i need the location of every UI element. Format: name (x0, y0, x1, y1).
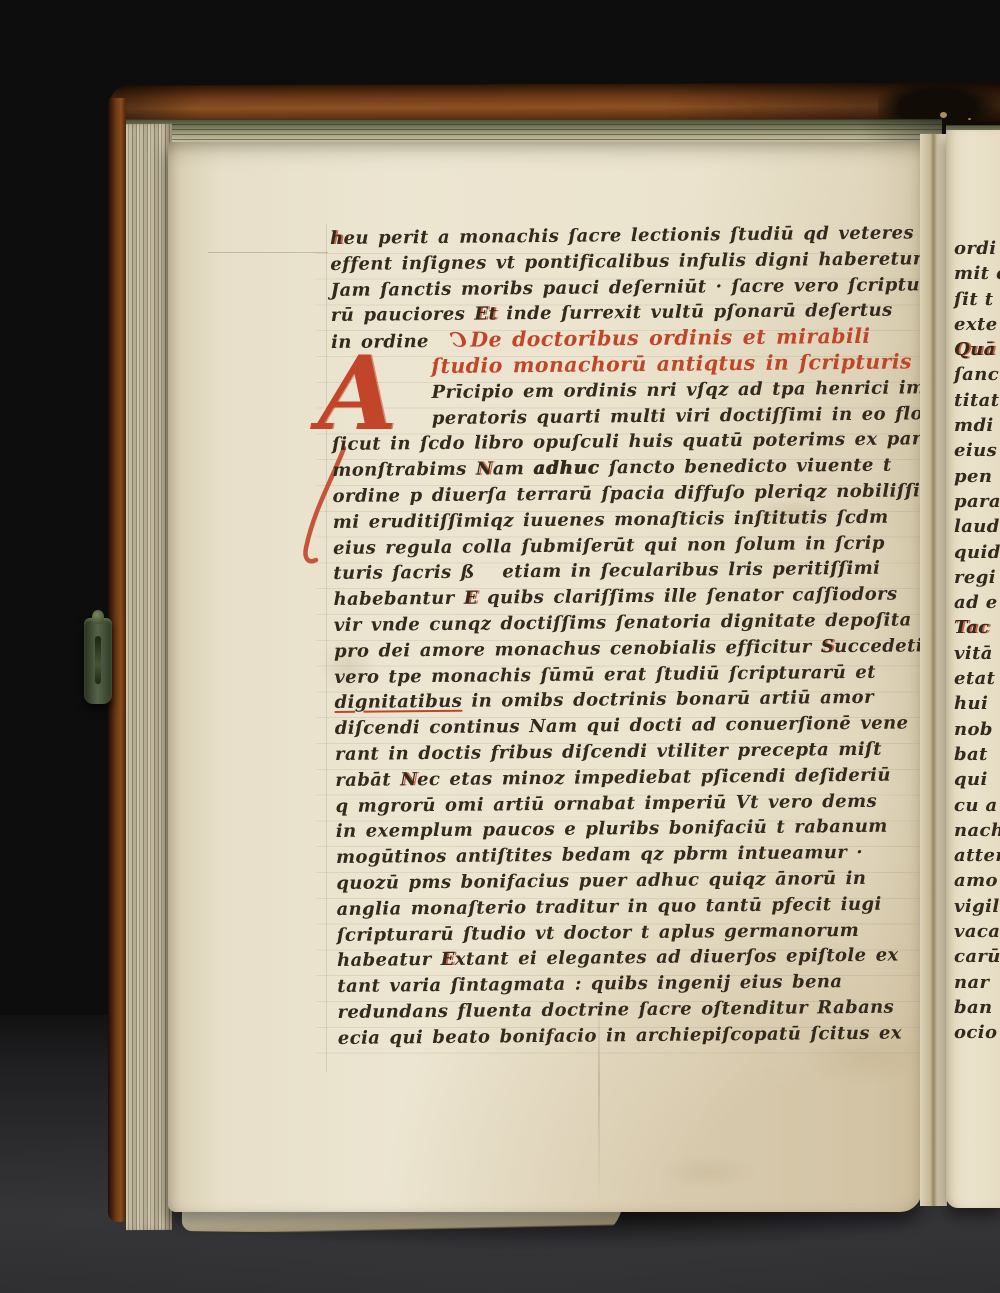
body-text: turis ſacris ß etiam in ſecularibus lris… (333, 558, 880, 584)
manuscript-line: ſit t (954, 287, 1000, 312)
body-text: Quā (954, 339, 996, 360)
body-text: Prīcipio em ordinis nri vſqz ad tpa henr… (432, 377, 922, 403)
body-text: regi (954, 567, 996, 588)
body-text: inde ſurrexit vultū pſonarū deſertus (497, 300, 893, 325)
body-text: h (330, 228, 344, 249)
body-text: vaca (954, 921, 1000, 942)
manuscript-line: ordi (954, 236, 1000, 261)
body-text: habeatur (337, 949, 441, 971)
manuscript-line: etat (954, 666, 1000, 691)
body-text: etat (954, 668, 995, 689)
manuscript-line: quid (954, 540, 1000, 565)
body-text: peratoris quarti multi viri doctiſſimi i… (432, 402, 922, 428)
body-text: habebantur (333, 588, 463, 610)
manuscript-line: laud (954, 514, 1000, 539)
body-text: monſtrabims (332, 459, 476, 481)
body-text: ecia qui beato bonifacio in archiepiſcop… (338, 1022, 902, 1048)
body-text: S (821, 636, 835, 657)
manuscript-line: bat (954, 742, 1000, 767)
fore-edge-page-stack (126, 124, 172, 1230)
body-text: N (476, 459, 493, 480)
body-text: uccedeti (834, 635, 922, 657)
body-text: ſanc (954, 364, 999, 385)
body-text: in exemplum paucos e pluribs bonifaciū t… (336, 816, 888, 842)
manuscript-line: Tac (954, 615, 1000, 640)
ruling-extension (208, 252, 328, 253)
manuscript-line: vaca (954, 919, 1000, 944)
body-text: mi eruditiſſimiqz iuuenes monaſticis inſ… (333, 506, 889, 532)
body-text: pro dei amore monachus cenobialis effici… (334, 636, 821, 662)
manuscript-line: eius (954, 438, 1000, 463)
manuscript-line: titat (954, 388, 1000, 413)
rubric-text: ſtudio monachorū antiqtus in ſcripturis (431, 349, 912, 378)
body-text: ec etas minoz impediebat pſicendi deſide… (417, 764, 891, 790)
body-text: ſit t (954, 289, 993, 310)
manuscript-line: atten (954, 843, 1000, 868)
manuscript-line: vitā (954, 641, 1000, 666)
body-text: quid (954, 542, 1000, 563)
body-text: E (441, 949, 455, 970)
body-text: diſcendi continus Nam qui docti ad conue… (335, 713, 909, 740)
body-text: Jam ſanctis moribs pauci deſerniūt · ſac… (331, 274, 922, 301)
body-text: effent inſignes vt pontificalibus infuli… (330, 248, 922, 275)
rubric-text: De doctoribus ordinis et mirabili (470, 324, 870, 352)
body-text: ordine p diuerſa terrarū ſpacia diffuſo … (332, 480, 920, 507)
body-text: cu a (954, 795, 998, 816)
body-text: tant varia ſintagmata : quibs ingenij ei… (337, 971, 842, 997)
body-text: mdi (954, 415, 994, 436)
manuscript-line: nar (954, 970, 1000, 995)
body-text: rū pauciores (331, 304, 475, 326)
body-text: mit e (954, 263, 1000, 284)
body-text: quibs clariſſims ille ſenator caſſiodors (478, 584, 898, 609)
leather-speck (940, 112, 947, 118)
manuscript-line: ad e (954, 590, 1000, 615)
manuscript-photo: A heu perit a monachis ſacre lectionis ſ… (0, 0, 1000, 1293)
body-text: vero tpe monachis ſūmū erat ſtudiū ſcrip… (334, 661, 876, 687)
body-text: in ordine (331, 331, 438, 353)
body-text: ſicut in ſcdo libro opuſculi huis quatū … (332, 429, 922, 456)
body-text: laud (954, 516, 1000, 537)
body-text: amo (954, 870, 998, 891)
body-text: pen (954, 466, 992, 487)
body-text: ad e (954, 592, 998, 613)
manuscript-line: ocio (954, 1020, 1000, 1045)
body-text: ordi (954, 238, 997, 259)
body-text: vigil (954, 896, 1000, 917)
body-text: bat (954, 744, 988, 765)
body-text: Tac (954, 617, 990, 638)
manuscript-line: amo (954, 868, 1000, 893)
manuscript-line: nach (954, 818, 1000, 843)
body-text: qui (954, 769, 988, 790)
body-text: ſancto benedicto viuente t (600, 455, 892, 479)
body-text: hui (954, 693, 988, 714)
manuscript-line: ban (954, 995, 1000, 1020)
body-text: eius regula colla ſubmiſerūt qui non ſol… (333, 532, 885, 558)
manuscript-line: hui (954, 691, 1000, 716)
facing-page-sliver: ordimit eſit texteQuāſanctitatmdieiuspen… (946, 130, 1000, 1208)
body-text: rabāt (335, 769, 400, 791)
body-text: q mgrorū omi artiū ornabat imperiū Vt ve… (335, 790, 877, 816)
manuscript-line: vigil (954, 894, 1000, 919)
body-text: carū (954, 946, 1000, 967)
body-text: anglia monaſterio traditur in quo tantū … (336, 893, 881, 919)
manuscript-line: pen (954, 464, 1000, 489)
body-text: in omibs doctrinis bonarū artiū amor (462, 687, 874, 712)
body-text: N (400, 769, 417, 790)
manuscript-line: ſanc (954, 362, 1000, 387)
body-text: C (448, 328, 468, 354)
body-text: para (954, 491, 1000, 512)
manuscript-line: qui (954, 767, 1000, 792)
body-text: E (464, 588, 478, 609)
body-text: vitā (954, 643, 993, 664)
manuscript-line: Quā (954, 337, 1000, 362)
manuscript-line: exte (954, 312, 1000, 337)
body-text: redundans fluenta doctrine ſacre oſtendi… (337, 997, 894, 1023)
body-text: mogūtinos antiſtites bedam qz pbrm intue… (336, 842, 863, 868)
left-page: A heu perit a monachis ſacre lectionis ſ… (168, 142, 922, 1212)
body-text: adhuc (533, 458, 600, 480)
body-text: eu perit a monachis ſacre lectionis ſtud… (344, 222, 915, 248)
body-text: am (493, 458, 534, 479)
manuscript-line: carū (954, 944, 1000, 969)
manuscript-line: mdi (954, 413, 1000, 438)
body-text: exte (954, 314, 998, 335)
brass-clasp-catch (84, 618, 112, 704)
manuscript-line: cu a (954, 793, 1000, 818)
body-text: Et (474, 304, 497, 325)
body-text: ocio (954, 1022, 997, 1043)
body-text: ſcripturarū ſtudio vt doctor t aplus ger… (337, 919, 860, 945)
body-text: vir vnde cunqz doctiſſims ſenatoria dign… (334, 609, 912, 636)
body-text: xtant ei elegantes ad diuerſos epiſtole … (455, 945, 899, 970)
body-text: ban (954, 997, 993, 1018)
body-text: atten (954, 845, 1000, 866)
manuscript-line: regi (954, 565, 1000, 590)
manuscript-line: mit e (954, 261, 1000, 286)
body-text: eius (954, 440, 997, 461)
manuscript-line: nob (954, 717, 1000, 742)
body-text: nach (954, 820, 1000, 841)
body-text: quozū pms bonifacius puer adhuc quiqz ān… (336, 868, 866, 894)
book-gutter-crease (920, 134, 947, 1206)
body-text: dignitatibus (334, 691, 462, 713)
facing-page-text-fragments: ordimit eſit texteQuāſanctitatmdieiuspen… (954, 236, 1000, 1046)
body-text: nar (954, 972, 989, 993)
manuscript-text-block: heu perit a monachis ſacre lectionis ſtu… (330, 220, 922, 1051)
body-text: titat (954, 390, 999, 411)
body-text: nob (954, 719, 993, 740)
body-text: rant in doctis fribus diſcendi vtiliter … (335, 739, 882, 765)
manuscript-line: para (954, 489, 1000, 514)
